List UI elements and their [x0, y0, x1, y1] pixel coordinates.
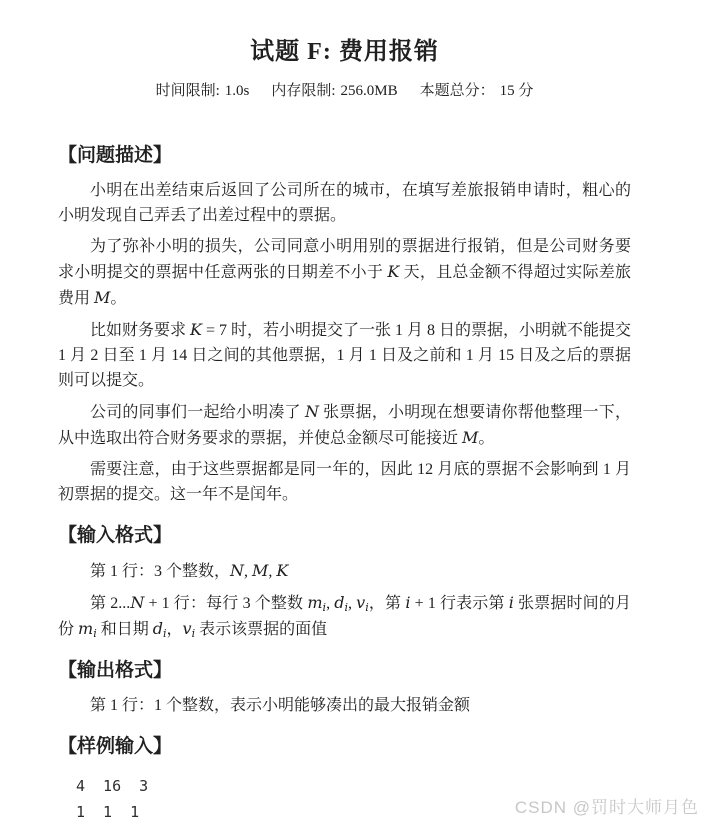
paragraph: 公司的同事们一起给小明凑了 N 张票据，小明现在想要请你帮他整理一下，从中选取出… [58, 399, 631, 451]
math-subscript: i [344, 601, 348, 614]
math-subscript: i [93, 627, 97, 640]
math-subscript: i [163, 627, 167, 640]
section-heading-output-format: 【输出格式】 [58, 658, 631, 684]
document-page: { "header": { "title": "试题 F: 费用报销", "li… [0, 0, 709, 825]
math-variable: N [230, 561, 244, 580]
total-score-value: 15 分 [500, 83, 534, 99]
time-limit: 时间限制:1.0s [156, 83, 250, 99]
memory-limit-value: 256.0MB [341, 83, 398, 99]
sections: 【问题描述】小明在出差结束后返回了公司所在的城市，在填写差旅报销申请时，粗心的小… [58, 143, 631, 825]
math-variable: v [183, 619, 192, 638]
paragraph: 第 1 行：1 个整数，表示小明能够凑出的最大报销金额 [58, 693, 631, 718]
math-variable: v [356, 593, 365, 612]
paragraph: 第 1 行：3 个整数，N, M, K [58, 558, 631, 584]
paragraph: 需要注意，由于这些票据都是同一年的，因此 12 月底的票据不会影响到 1 月初票… [58, 457, 631, 507]
math-variable: i [509, 593, 514, 612]
csdn-watermark: CSDN @罚时大师月色 [515, 793, 699, 818]
math-variable: d [153, 619, 163, 638]
math-subscript: i [365, 601, 369, 614]
paragraph: 为了弥补小明的损失，公司同意小明用别的票据进行报销，但是公司财务要求小明提交的票… [58, 234, 631, 311]
section-input-format: 【输入格式】第 1 行：3 个整数，N, M, K第 2...N + 1 行：每… [58, 523, 631, 642]
section-heading-problem-description: 【问题描述】 [58, 143, 631, 169]
math-variable: m [78, 619, 93, 638]
total-score: 本题总分：15 分 [420, 83, 534, 99]
math-variable: K [276, 561, 288, 580]
math-variable: m [307, 593, 322, 612]
math-subscript: i [323, 601, 327, 614]
math-variable: i [405, 593, 410, 612]
math-variable: K [190, 320, 202, 339]
memory-limit-label: 内存限制: [271, 83, 335, 99]
section-problem-description: 【问题描述】小明在出差结束后返回了公司所在的城市，在填写差旅报销申请时，粗心的小… [58, 143, 631, 507]
math-subscript: i [192, 627, 196, 640]
paragraph: 小明在出差结束后返回了公司所在的城市，在填写差旅报销申请时，粗心的小明发现自己弄… [58, 178, 631, 228]
paragraph: 比如财务要求 K = 7 时，若小明提交了一张 1 月 8 日的票据，小明就不能… [58, 317, 631, 393]
problem-title: 试题 F: 费用报销 [58, 36, 631, 68]
paragraph: 第 2...N + 1 行：每行 3 个整数 mi, di, vi，第 i + … [58, 590, 631, 642]
math-variable: d [334, 593, 344, 612]
math-variable: M [462, 428, 478, 447]
section-heading-sample-input: 【样例输入】 [58, 734, 631, 760]
time-limit-label: 时间限制: [156, 83, 220, 99]
math-variable: M [252, 561, 268, 580]
math-variable: K [387, 262, 399, 281]
time-limit-value: 1.0s [225, 83, 250, 99]
math-variable: N [130, 593, 144, 612]
section-output-format: 【输出格式】第 1 行：1 个整数，表示小明能够凑出的最大报销金额 [58, 658, 631, 718]
math-variable: N [305, 402, 319, 421]
total-score-label: 本题总分： [420, 83, 495, 99]
document-content: 试题 F: 费用报销 时间限制:1.0s内存限制:256.0MB本题总分：15 … [0, 0, 709, 825]
limits-line: 时间限制:1.0s内存限制:256.0MB本题总分：15 分 [58, 80, 631, 102]
math-variable: M [94, 288, 110, 307]
memory-limit: 内存限制:256.0MB [271, 83, 397, 99]
section-heading-input-format: 【输入格式】 [58, 523, 631, 549]
